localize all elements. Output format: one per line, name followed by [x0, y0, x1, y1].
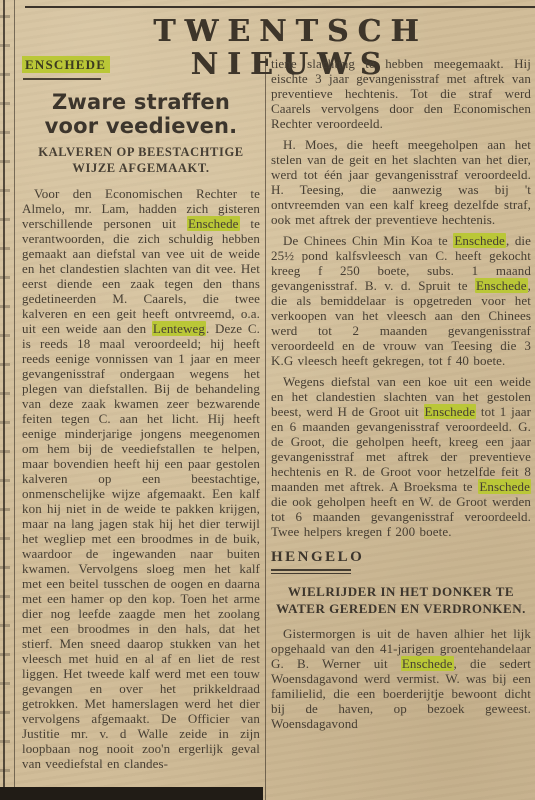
tag-underline-rule	[23, 78, 101, 80]
article-paragraph: H. Moes, die heeft meegeholpen aan het s…	[271, 137, 531, 227]
section-header-rule	[271, 569, 351, 574]
page-edge-rule-inner	[14, 0, 15, 800]
section-header-hengelo: HENGELO	[271, 549, 531, 566]
article-paragraph: De Chinees Chin Min Koa te Enschede, die…	[271, 233, 531, 368]
article-subhead: KALVEREN OP BEESTACHTIGE WIJZE AFGEMAAKT…	[22, 145, 260, 177]
edge-print-fragments	[0, 0, 10, 800]
highlighted-place-name: Enschede	[187, 216, 240, 231]
article2-body: Gistermorgen is uit de haven alhier het …	[271, 626, 531, 731]
highlighted-place-name: Enschede	[475, 278, 528, 293]
article-headline: Zware straffen voor veedieven.	[24, 91, 258, 138]
highlighted-place-name: Enschede	[453, 233, 506, 248]
highlighted-place-name: Enschede	[401, 656, 454, 671]
article-column-right: tiene slachting te hebben meegemaakt. Hi…	[271, 56, 531, 800]
article-paragraph: Wegens diefstal van een koe uit een weid…	[271, 374, 531, 539]
article-paragraph: tiene slachting te hebben meegemaakt. Hi…	[271, 56, 531, 131]
highlighted-place-name: Enschede	[478, 479, 531, 494]
masthead-top-rule	[25, 6, 535, 8]
article2-headline: WIELRIJDER IN HET DONKER TE WATER GEREDE…	[271, 584, 531, 618]
article-paragraph: Gistermorgen is uit de haven alhier het …	[271, 626, 531, 731]
newspaper-page: TWENTSCH NIEUWS ENSCHEDE Zware straffen …	[0, 0, 535, 800]
article-columns: ENSCHEDE Zware straffen voor veedieven. …	[22, 56, 531, 800]
highlighted-place-name: Enschede	[424, 404, 477, 419]
article-column-left: ENSCHEDE Zware straffen voor veedieven. …	[22, 56, 260, 800]
location-tag-enschede: ENSCHEDE	[22, 56, 110, 73]
article-paragraph: Voor den Economischen Rechter te Almelo,…	[22, 186, 260, 771]
bottom-ink-bar	[0, 787, 263, 800]
article-body-right: tiene slachting te hebben meegemaakt. Hi…	[271, 56, 531, 539]
page-edge-rule-left	[3, 0, 5, 800]
hengelo-section: HENGELO WIELRIJDER IN HET DONKER TE WATE…	[271, 549, 531, 731]
highlighted-place-name: Lenteweg	[152, 321, 206, 336]
article-body-left: Voor den Economischen Rechter te Almelo,…	[22, 186, 260, 771]
column-divider-rule	[265, 56, 266, 800]
